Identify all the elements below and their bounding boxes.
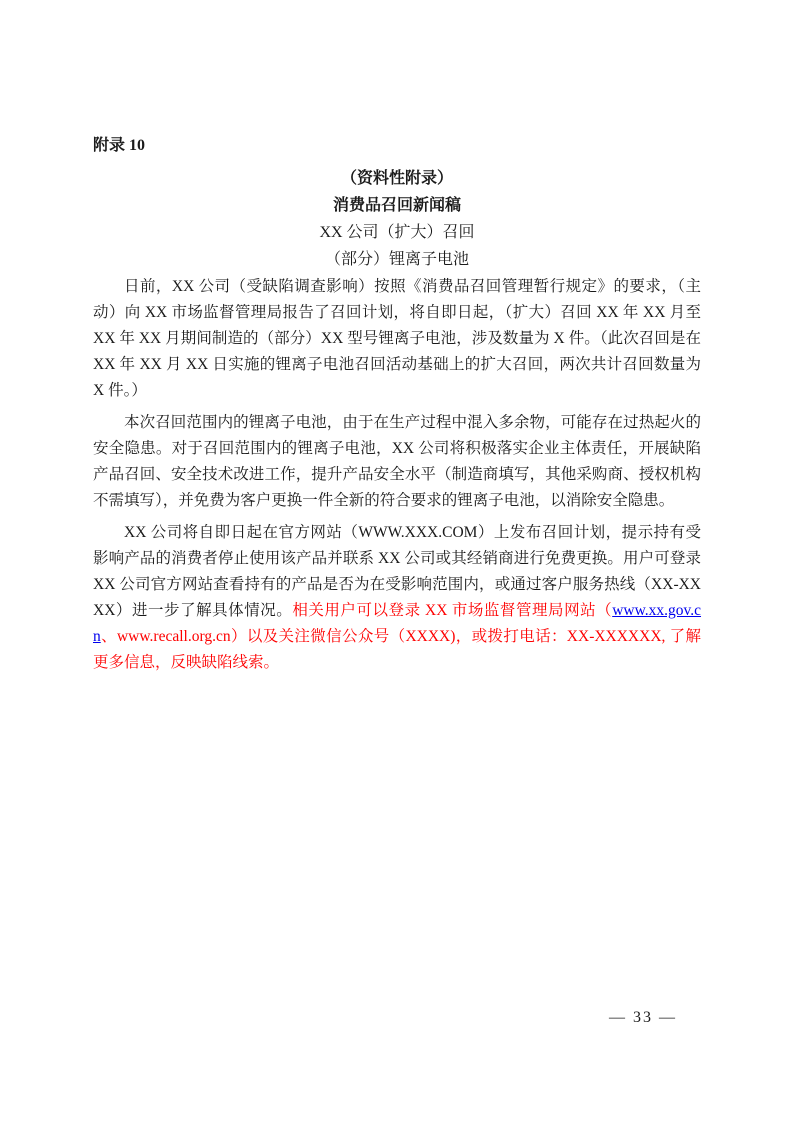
related-users-notice-lead: 相关用户可以登录 XX 市场监督管理局网站（ [292,602,612,619]
appendix-label: 附录 10 [93,132,701,159]
related-users-notice-tail: 、www.recall.org.cn）以及关注微信公众号（XXXX)，或拨打电话… [93,628,701,671]
document-title: 消费品召回新闻稿 [93,192,701,219]
document-content: 附录 10 （资料性附录） 消费品召回新闻稿 XX 公司（扩大）召回 （部分）锂… [93,132,701,676]
paragraph-consumer-guidance: XX 公司将自即日起在官方网站（WWW.XXX.COM）上发布召回计划，提示持有… [93,520,701,676]
recall-heading-product: （部分）锂离子电池 [93,246,701,273]
recall-heading-company: XX 公司（扩大）召回 [93,219,701,246]
appendix-type-subtitle: （资料性附录） [93,165,701,192]
document-page: 附录 10 （资料性附录） 消费品召回新闻稿 XX 公司（扩大）召回 （部分）锂… [0,0,793,1122]
paragraph-defect-description: 本次召回范围内的锂离子电池，由于在生产过程中混入多余物，可能存在过热起火的安全隐… [93,410,701,514]
page-number: — 33 — [609,1004,677,1031]
paragraph-recall-announcement: 日前，XX 公司（受缺陷调查影响）按照《消费品召回管理暂行规定》的要求，（主动）… [93,274,701,404]
